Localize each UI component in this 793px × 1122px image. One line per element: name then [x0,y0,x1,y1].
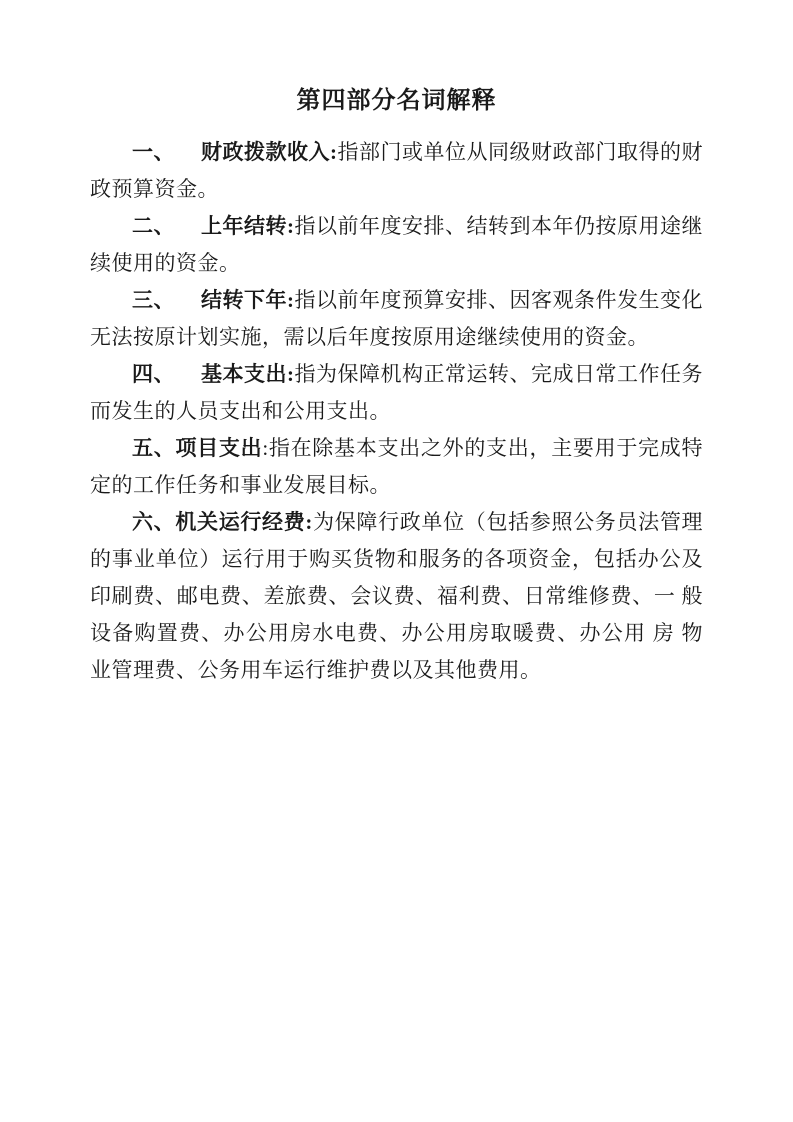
term-label: 上年结转: [201,214,295,238]
item-number: 二、 [132,214,175,238]
definition-text: 指部门或单位从同级财政部门取得的财 政预算资金。 [90,140,703,201]
definition-paragraph-4: 四、基本支出:指为保障机构正常运转、完成日常工作任务 而发生的人员支出和公用支出… [90,356,703,430]
item-number: 六、 [132,510,175,534]
definition-text: 指以前年度安排、结转到本年仍按原用途继 续使用的资金。 [90,214,703,275]
term-label: 财政拨款收入: [201,140,338,164]
definition-text: 指为保障机构正常运转、完成日常工作任务 而发生的人员支出和公用支出。 [90,362,703,423]
item-number: 一、 [132,140,175,164]
item-number: 四、 [132,362,175,386]
definition-paragraph-3: 三、结转下年:指以前年度预算安排、因客观条件发生变化 无法按原计划实施，需以后年… [90,282,703,356]
term-label: 项目支出 [175,436,262,460]
definition-text: 指以前年度预算安排、因客观条件发生变化 无法按原计划实施，需以后年度按原用途继续… [90,288,703,349]
term-label: 机关运行经费: [175,510,313,534]
item-number: 三、 [132,288,175,312]
document-page: 第四部分名词解释 一、财政拨款收入:指部门或单位从同级财政部门取得的财 政预算资… [0,0,793,1122]
definition-text: 为保障行政单位（包括参照公务员法管理的事业单位）运行用于购买货物和服务的各项资金… [90,510,703,682]
item-number: 五、 [132,436,175,460]
definition-paragraph-1: 一、财政拨款收入:指部门或单位从同级财政部门取得的财 政预算资金。 [90,134,703,208]
definition-paragraph-5: 五、项目支出:指在除基本支出之外的支出，主要用于完成特定的工作任务和事业发展目标… [90,430,703,504]
term-label: 结转下年: [201,288,295,312]
term-label: 基本支出: [201,362,295,386]
page-title: 第四部分名词解释 [90,84,703,118]
definition-list: 一、财政拨款收入:指部门或单位从同级财政部门取得的财 政预算资金。二、上年结转:… [90,134,703,689]
definition-paragraph-6: 六、机关运行经费:为保障行政单位（包括参照公务员法管理的事业单位）运行用于购买货… [90,504,703,689]
definition-paragraph-2: 二、上年结转:指以前年度安排、结转到本年仍按原用途继 续使用的资金。 [90,208,703,282]
